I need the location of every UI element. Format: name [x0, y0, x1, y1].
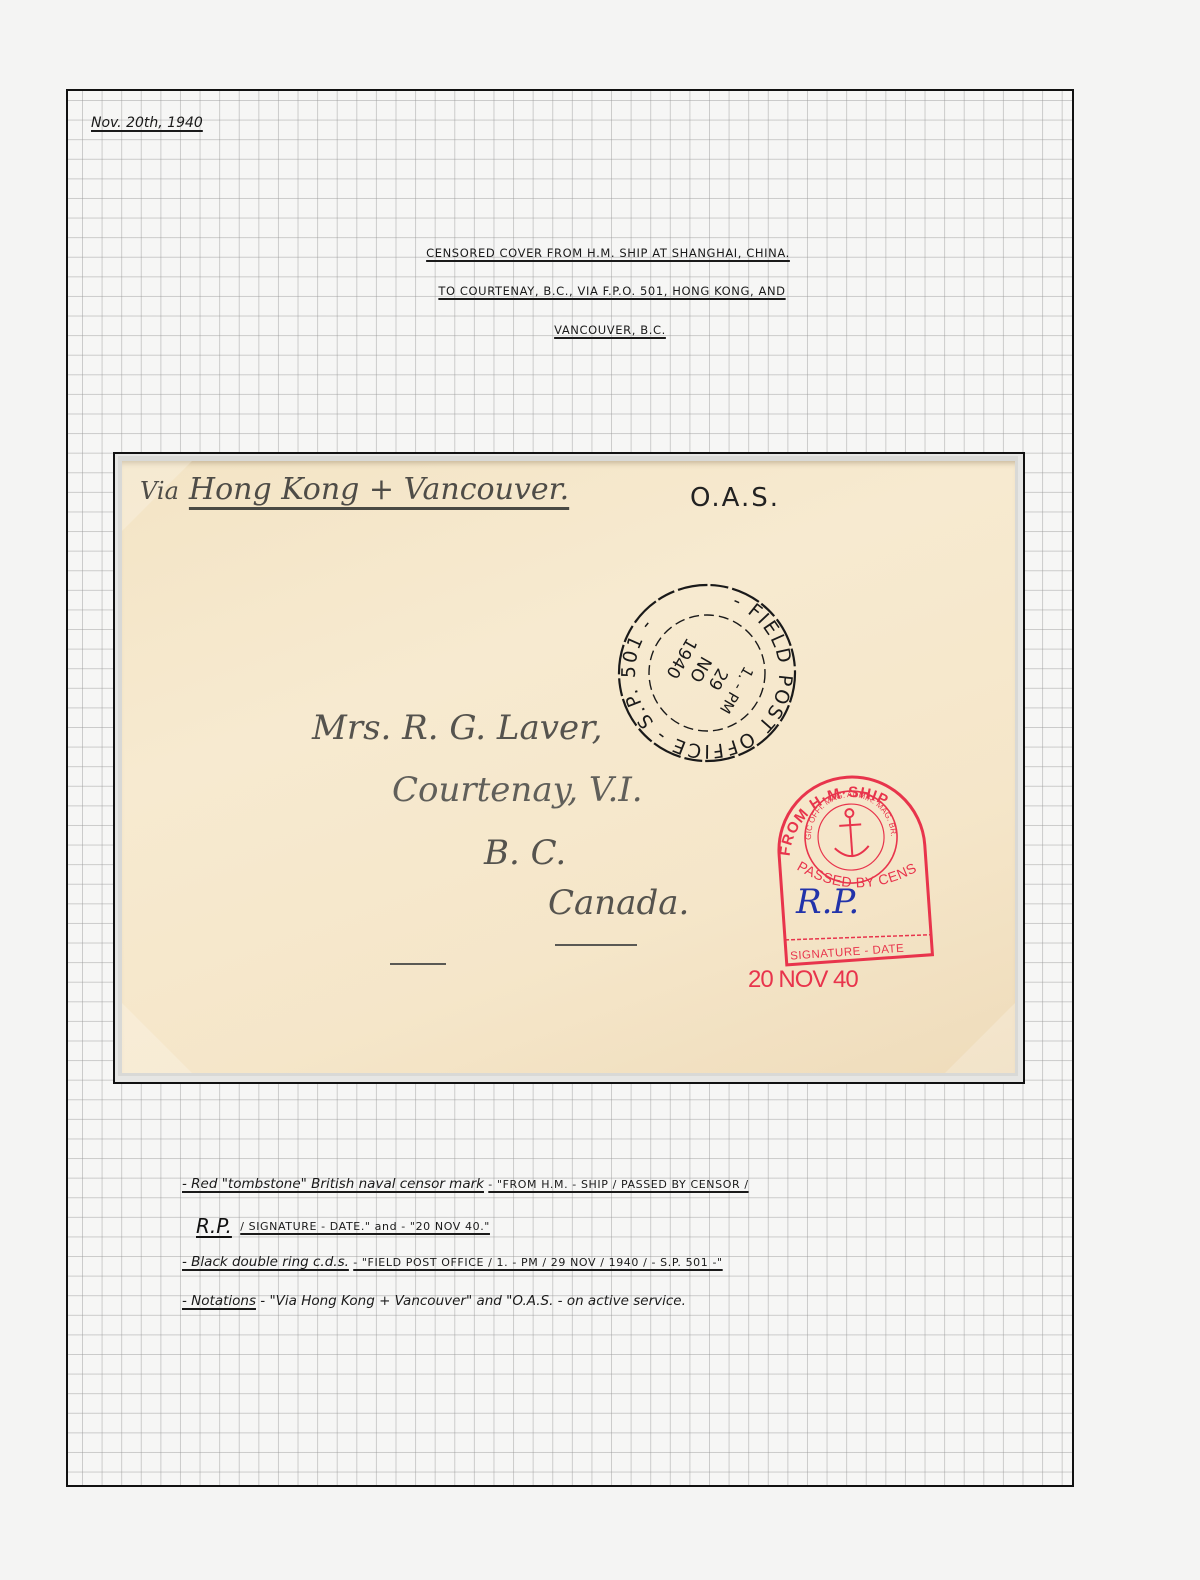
address-underline: [390, 963, 446, 965]
field-post-office-postmark: - FIELD POST OFFICE - S.P. 501 - 1. - PM…: [612, 578, 802, 768]
page-title-line-3: VANCOUVER, B.C.: [10, 319, 1200, 338]
address-line: Courtenay, V.I.: [392, 770, 643, 810]
address-underline: [555, 944, 637, 946]
mount-corner: [945, 1003, 1015, 1073]
note-line-3: - Black double ring c.d.s. - "FIELD POST…: [182, 1254, 723, 1270]
date-note: Nov. 20th, 1940: [91, 115, 203, 131]
oas-notation: O.A.S.: [690, 483, 780, 513]
note-line-4: - Notations - "Via Hong Kong + Vancouver…: [182, 1293, 686, 1309]
page-title-line-1: CENSORED COVER FROM H.M. SHIP AT SHANGHA…: [8, 242, 1200, 261]
anchor-icon: [832, 808, 869, 858]
note-line-2: R.P. / SIGNATURE - DATE." and - "20 NOV …: [196, 1214, 490, 1238]
censor-date-stamp: 20 NOV 40: [748, 966, 858, 994]
svg-text:FROM H·M·SHIP: FROM H·M·SHIP: [772, 781, 895, 858]
address-line: Canada.: [548, 883, 689, 923]
naval-censor-tombstone-mark: FROM H·M·SHIP GIC OFFI: MAG: ADMIR: MAG.…: [768, 765, 938, 975]
mount-corner: [122, 1003, 192, 1073]
page-title-line-2: TO COURTENAY, B.C., VIA F.P.O. 501, HONG…: [12, 280, 1200, 299]
address-line: Mrs. R. G. Laver,: [312, 708, 602, 748]
note-line-1: - Red "tombstone" British naval censor m…: [182, 1176, 749, 1192]
route-notation: ViaHong Kong + Vancouver.: [140, 472, 569, 507]
censor-signature: R.P.: [795, 882, 859, 922]
address-line: B. C.: [484, 833, 566, 873]
